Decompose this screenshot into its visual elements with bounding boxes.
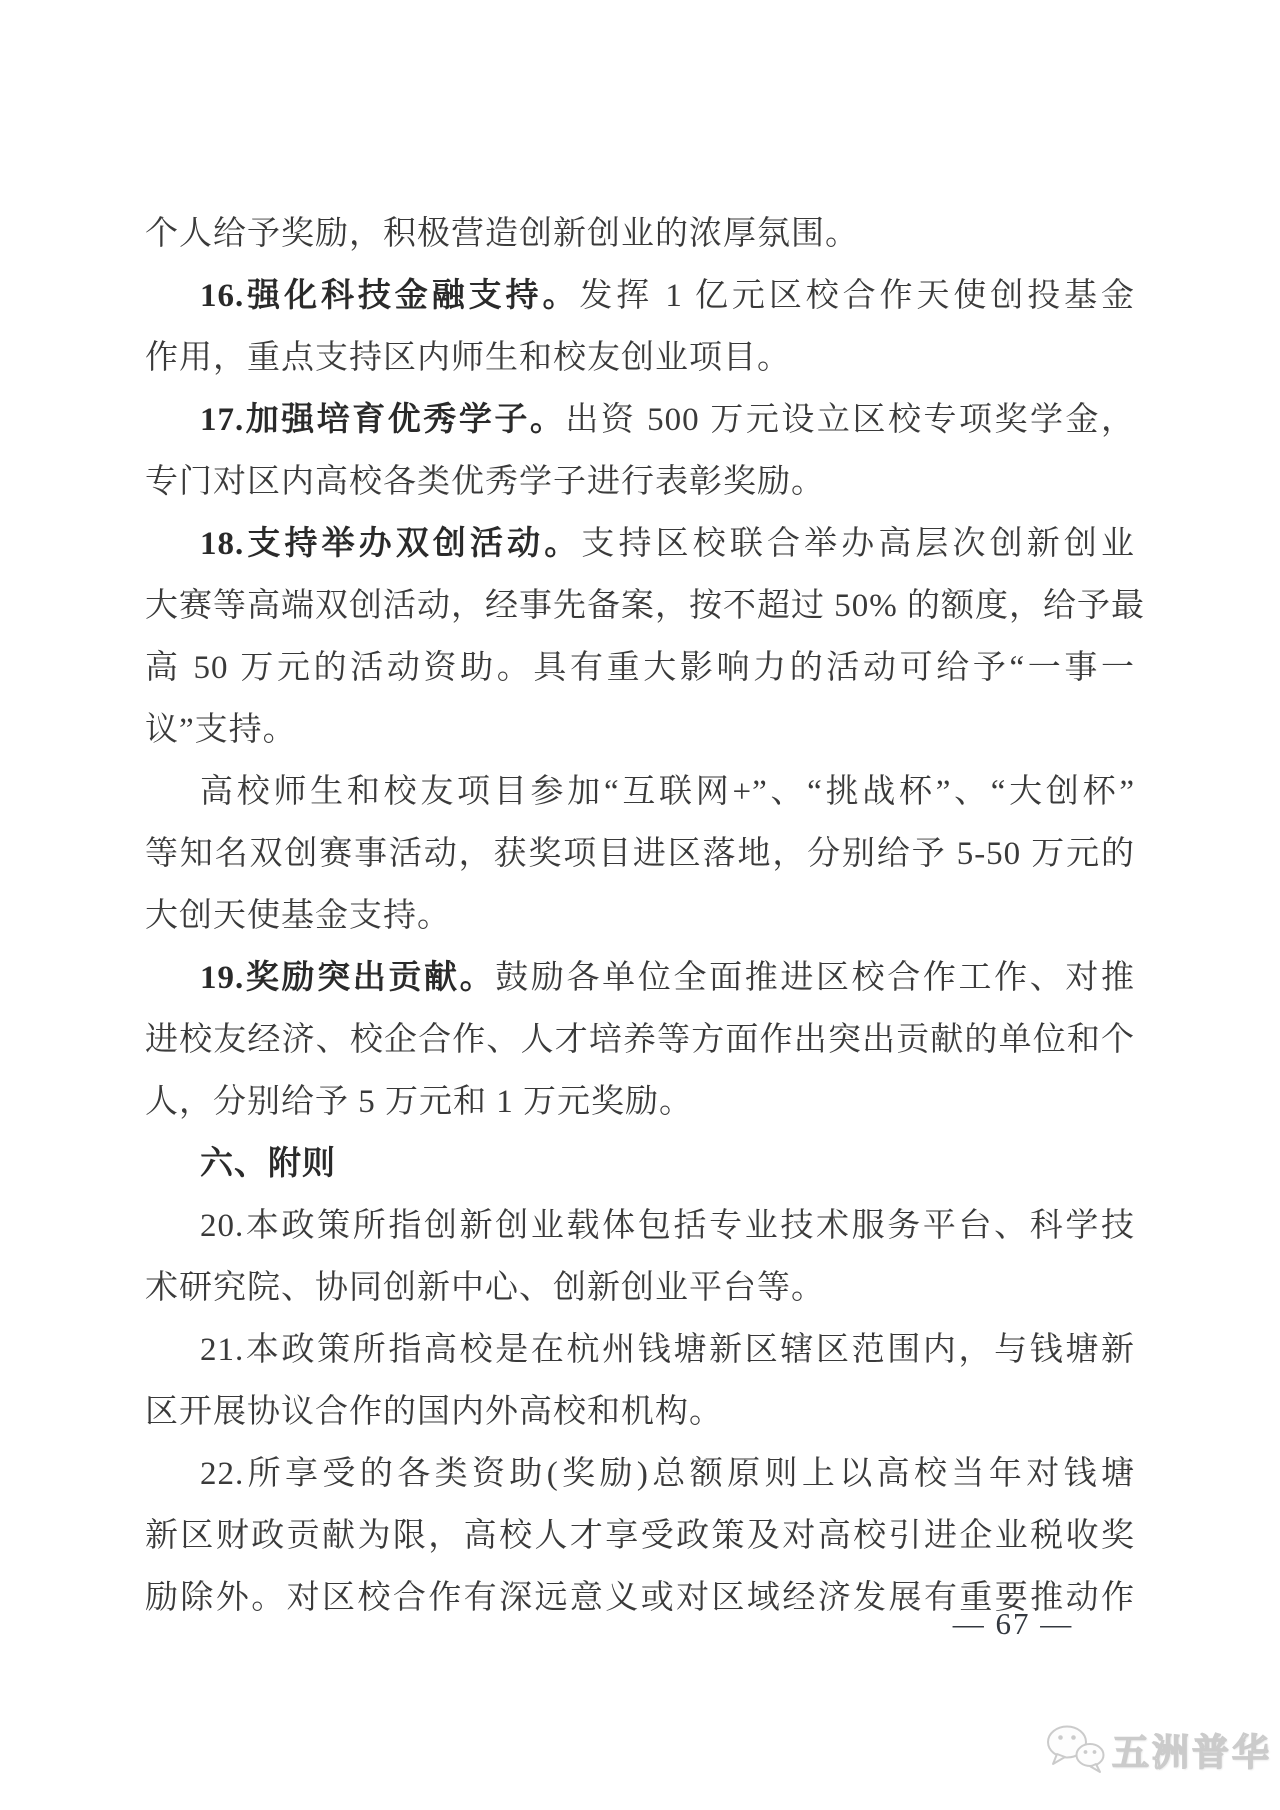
text-line: 六、附则 xyxy=(145,1133,1135,1195)
text-line: 新区财政贡献为限，高校人才享受政策及对高校引进企业税收奖 xyxy=(145,1505,1135,1567)
line-text: 专门对区内高校各类优秀学子进行表彰奖励。 xyxy=(145,464,825,500)
text-line: 等知名双创赛事活动，获奖项目进区落地，分别给予 5-50 万元的 xyxy=(145,823,1135,885)
text-line: 18.支持举办双创活动。支持区校联合举办高层次创新创业 xyxy=(145,513,1135,575)
line-text: 人，分别给予 5 万元和 1 万元奖励。 xyxy=(145,1084,693,1120)
text-line: 议”支持。 xyxy=(145,699,1135,761)
line-bold-lead: 六、附则 xyxy=(200,1146,336,1182)
text-line: 21.本政策所指高校是在杭州钱塘新区辖区范围内，与钱塘新 xyxy=(145,1319,1135,1381)
line-text: 大创天使基金支持。 xyxy=(145,898,451,934)
text-line: 16.强化科技金融支持。发挥 1 亿元区校合作天使创投基金 xyxy=(145,265,1135,327)
line-text: 支持区校联合举办高层次创新创业 xyxy=(581,526,1135,562)
text-line: 高校师生和校友项目参加“互联网+”、“挑战杯”、“大创杯” xyxy=(145,761,1135,823)
text-line: 人，分别给予 5 万元和 1 万元奖励。 xyxy=(145,1071,1135,1133)
text-line: 大赛等高端双创活动，经事先备案，按不超过 50% 的额度，给予最 xyxy=(145,575,1135,637)
text-line: 区开展协议合作的国内外高校和机构。 xyxy=(145,1381,1135,1443)
line-text: 大赛等高端双创活动，经事先备案，按不超过 50% 的额度，给予最 xyxy=(145,588,1145,624)
line-text: 议”支持。 xyxy=(145,712,297,748)
text-line: 个人给予奖励，积极营造创新创业的浓厚氛围。 xyxy=(145,203,1135,265)
line-bold-lead: 17.加强培育优秀学子。 xyxy=(200,402,565,438)
text-line: 大创天使基金支持。 xyxy=(145,885,1135,947)
line-text: 22.所享受的各类资助(奖励)总额原则上以高校当年对钱塘 xyxy=(200,1456,1135,1492)
text-line: 19.奖励突出贡献。鼓励各单位全面推进区校合作工作、对推 xyxy=(145,947,1135,1009)
document-page: 个人给予奖励，积极营造创新创业的浓厚氛围。16.强化科技金融支持。发挥 1 亿元… xyxy=(0,0,1280,1810)
line-text: 高校师生和校友项目参加“互联网+”、“挑战杯”、“大创杯” xyxy=(200,774,1135,810)
watermark-brand-text: 五洲普华 xyxy=(1112,1722,1272,1776)
line-text: 区开展协议合作的国内外高校和机构。 xyxy=(145,1394,723,1430)
line-text: 术研究院、协同创新中心、创新创业平台等。 xyxy=(145,1270,825,1306)
line-bold-lead: 18.支持举办双创活动。 xyxy=(200,526,581,562)
text-line: 20.本政策所指创新创业载体包括专业技术服务平台、科学技 xyxy=(145,1195,1135,1257)
watermark: 五洲普华 xyxy=(1044,1722,1272,1776)
text-line: 高 50 万元的活动资助。具有重大影响力的活动可给予“一事一 xyxy=(145,637,1135,699)
text-line: 22.所享受的各类资助(奖励)总额原则上以高校当年对钱塘 xyxy=(145,1443,1135,1505)
line-text: 鼓励各单位全面推进区校合作工作、对推 xyxy=(495,960,1135,996)
text-line: 进校友经济、校企合作、人才培养等方面作出突出贡献的单位和个 xyxy=(145,1009,1135,1071)
line-bold-lead: 16.强化科技金融支持。 xyxy=(200,278,579,314)
line-text: 新区财政贡献为限，高校人才享受政策及对高校引进企业税收奖 xyxy=(145,1518,1135,1554)
text-line: 17.加强培育优秀学子。出资 500 万元设立区校专项奖学金， xyxy=(145,389,1135,451)
text-line: 术研究院、协同创新中心、创新创业平台等。 xyxy=(145,1257,1135,1319)
line-text: 作用，重点支持区内师生和校友创业项目。 xyxy=(145,340,791,376)
line-text: 出资 500 万元设立区校专项奖学金， xyxy=(565,402,1135,438)
line-text: 21.本政策所指高校是在杭州钱塘新区辖区范围内，与钱塘新 xyxy=(200,1332,1135,1368)
text-line: 作用，重点支持区内师生和校友创业项目。 xyxy=(145,327,1135,389)
line-bold-lead: 19.奖励突出贡献。 xyxy=(200,960,495,996)
line-text: 发挥 1 亿元区校合作天使创投基金 xyxy=(579,278,1135,314)
line-text: 个人给予奖励，积极营造创新创业的浓厚氛围。 xyxy=(145,216,859,252)
line-text: 等知名双创赛事活动，获奖项目进区落地，分别给予 5-50 万元的 xyxy=(145,836,1135,872)
wechat-icon xyxy=(1044,1722,1106,1776)
page-number: — 67 — xyxy=(938,1606,1088,1642)
line-text: 高 50 万元的活动资助。具有重大影响力的活动可给予“一事一 xyxy=(145,650,1135,686)
document-body: 个人给予奖励，积极营造创新创业的浓厚氛围。16.强化科技金融支持。发挥 1 亿元… xyxy=(145,203,1135,1629)
text-line: 专门对区内高校各类优秀学子进行表彰奖励。 xyxy=(145,451,1135,513)
line-text: 20.本政策所指创新创业载体包括专业技术服务平台、科学技 xyxy=(200,1208,1135,1244)
line-text: 进校友经济、校企合作、人才培养等方面作出突出贡献的单位和个 xyxy=(145,1022,1135,1058)
